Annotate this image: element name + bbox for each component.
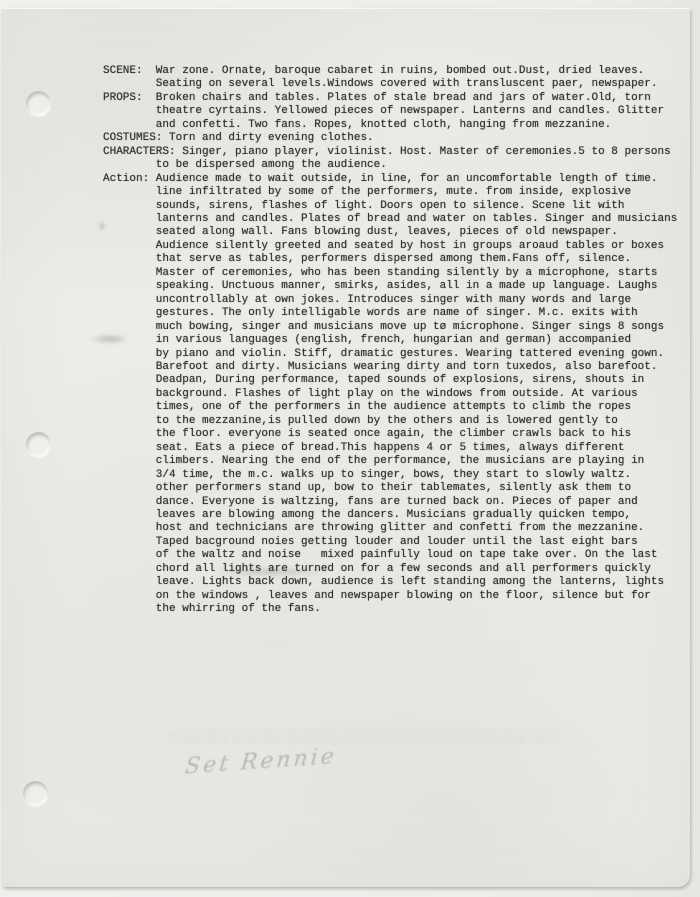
typed-line-30: climbers. Nearing the end of the perform… — [103, 455, 677, 468]
typed-line-28: the floor. everyone is seated once again… — [103, 428, 677, 441]
typed-line-3: PROPS: Broken chairs and tables. Plates … — [103, 92, 677, 105]
typed-line-17: speaking. Unctuous manner, smirks, aside… — [103, 280, 677, 293]
typed-line-13: seated along wall. Fans blowing dust, le… — [103, 226, 677, 239]
typed-line-25: background. Flashes of light play on the… — [103, 388, 677, 401]
typed-line-18: uncontrollably at own jokes. Introduces … — [103, 294, 677, 307]
typed-line-41: the whirring of the fans. — [103, 603, 677, 616]
typed-line-31: 3/4 time, the m.c. walks up to singer, b… — [103, 469, 677, 482]
typewritten-text-block: SCENE: War zone. Ornate, baroque cabaret… — [103, 65, 677, 617]
typed-line-29: seat. Eats a piece of bread.This happens… — [103, 442, 677, 455]
typed-line-24: Deadpan, During performance, taped sound… — [103, 374, 677, 387]
typed-line-12: lanterns and candles. Plates of bread an… — [103, 213, 677, 226]
typed-line-27: to the mezzanine,is pulled down by the o… — [103, 415, 677, 428]
typed-line-38: chord all lights are turned on for a few… — [103, 563, 677, 576]
typed-line-35: host and technicians are throwing glitte… — [103, 522, 677, 535]
punch-hole-middle — [26, 432, 51, 457]
typed-line-16: Master of ceremonies, who has been stand… — [103, 267, 677, 280]
typed-line-21: in various languages (english, french, h… — [103, 334, 677, 347]
typed-line-36: Taped bacground noies getting louder and… — [103, 536, 677, 549]
typed-line-15: that serve as tables, performers dispers… — [103, 253, 677, 266]
typed-line-39: leave. Lights back down, audience is lef… — [103, 576, 677, 589]
typed-line-32: other performers stand up, bow to their … — [103, 482, 677, 495]
typed-line-11: sounds, sirens, flashes of light. Doors … — [103, 200, 677, 213]
typed-line-34: leaves are blowing among the dancers. Mu… — [103, 509, 677, 522]
typed-line-4: theatre cyrtains. Yellowed pieces of new… — [103, 105, 677, 118]
punch-hole-top — [26, 91, 51, 116]
pencil-handwriting: Set Rennie — [184, 744, 338, 780]
typed-line-22: by piano and violin. Stiff, dramatic ges… — [103, 348, 677, 361]
typed-line-40: on the windows , leaves and newspaper bl… — [103, 590, 677, 603]
scanned-document-page: { "document": { "typed_lines": [ "SCENE:… — [0, 0, 700, 897]
typed-line-19: gestures. The only intelligable words ar… — [103, 307, 677, 320]
typed-line-26: times, one of the performers in the audi… — [103, 401, 677, 414]
typed-line-14: Audience silently greeted and seated by … — [103, 240, 677, 253]
typed-line-2: Seating on several levels.Windows covere… — [103, 78, 677, 91]
punch-hole-bottom — [23, 781, 48, 806]
typed-line-10: line infiltrated by some of the performe… — [103, 186, 677, 199]
typed-line-5: and confetti. Two fans. Ropes, knotted c… — [103, 119, 677, 132]
typed-line-8: to be dispersed among the audience. — [103, 159, 677, 172]
paper-sheet: SCENE: War zone. Ornate, baroque cabaret… — [2, 8, 690, 887]
typed-line-23: Barefoot and dirty. Musicians wearing di… — [103, 361, 677, 374]
typed-line-37: of the waltz and noise mixed painfully l… — [103, 549, 677, 562]
typed-line-6: COSTUMES: Torn and dirty evening clothes… — [103, 132, 677, 145]
typed-line-9: Action: Audience made to wait outside, i… — [103, 173, 677, 186]
typed-line-7: CHARACTERS: Singer, piano player, violin… — [103, 146, 677, 159]
erased-pencil-line — [168, 729, 560, 744]
typed-line-20: much bowing, singer and musicians move u… — [103, 321, 677, 334]
typed-line-33: dance. Everyone is waltzing, fans are tu… — [103, 496, 677, 509]
typed-line-1: SCENE: War zone. Ornate, baroque cabaret… — [103, 65, 677, 78]
